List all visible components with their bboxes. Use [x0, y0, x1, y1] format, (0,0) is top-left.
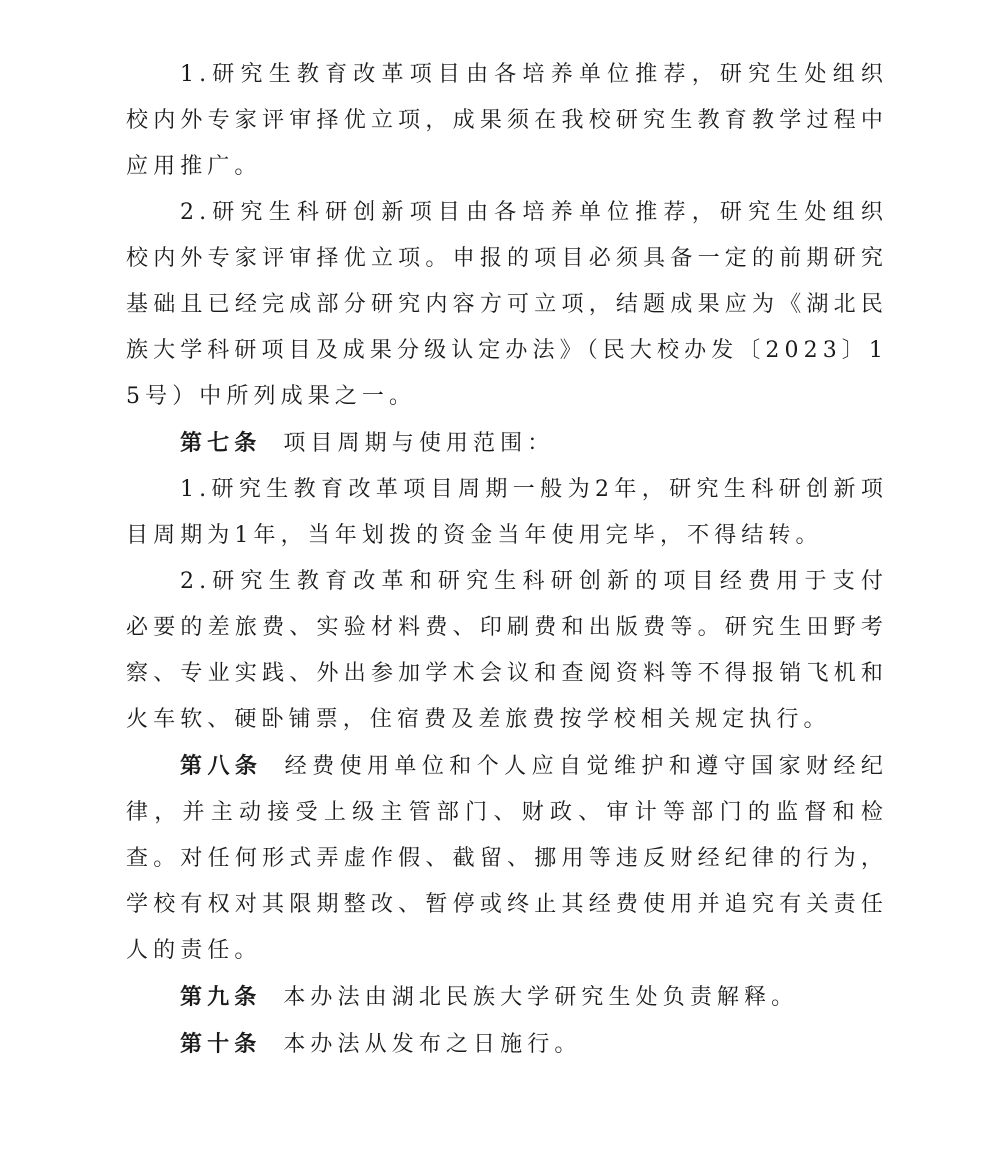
- article-heading: 第八条: [180, 753, 262, 779]
- article-text: 项目周期与使用范围：: [283, 431, 554, 456]
- article-text: 经费使用单位和个人应自觉维护和遵守国家财经纪律，并主动接受上级主管部门、财政、审…: [126, 754, 888, 963]
- document-body: 1.研究生教育改革项目由各培养单位推荐，研究生处组织校内外专家评审择优立项，成果…: [126, 52, 888, 1068]
- article-7: 第七条项目周期与使用范围：: [126, 420, 888, 467]
- paragraph-text: 1.研究生教育改革项目由各培养单位推荐，研究生处组织校内外专家评审择优立项，成果…: [126, 62, 888, 179]
- article-heading: 第十条: [180, 1031, 261, 1057]
- article-text: 本办法从发布之日施行。: [283, 1032, 581, 1057]
- paragraph-item-2-research-innovation: 2.研究生科研创新项目由各培养单位推荐，研究生处组织校内外专家评审择优立项。申报…: [126, 190, 888, 420]
- paragraph-text: 1.研究生教育改革项目周期一般为2年，研究生科研创新项目周期为1年，当年划拨的资…: [126, 477, 888, 548]
- article-heading: 第九条: [180, 984, 261, 1010]
- article-8: 第八条经费使用单位和个人应自觉维护和遵守国家财经纪律，并主动接受上级主管部门、财…: [126, 743, 888, 974]
- article-text: 本办法由湖北民族大学研究生处负责解释。: [283, 985, 798, 1010]
- article-10: 第十条本办法从发布之日施行。: [126, 1021, 888, 1068]
- paragraph-item-2-funding-use: 2.研究生教育改革和研究生科研创新的项目经费用于支付必要的差旅费、实验材料费、印…: [126, 559, 888, 743]
- paragraph-item-1-project-period: 1.研究生教育改革项目周期一般为2年，研究生科研创新项目周期为1年，当年划拨的资…: [126, 467, 888, 559]
- paragraph-text: 2.研究生教育改革和研究生科研创新的项目经费用于支付必要的差旅费、实验材料费、印…: [126, 569, 888, 732]
- article-heading: 第七条: [180, 430, 261, 456]
- paragraph-text: 2.研究生科研创新项目由各培养单位推荐，研究生处组织校内外专家评审择优立项。申报…: [126, 200, 888, 409]
- paragraph-item-1-education-reform: 1.研究生教育改革项目由各培养单位推荐，研究生处组织校内外专家评审择优立项，成果…: [126, 52, 888, 190]
- article-9: 第九条本办法由湖北民族大学研究生处负责解释。: [126, 974, 888, 1021]
